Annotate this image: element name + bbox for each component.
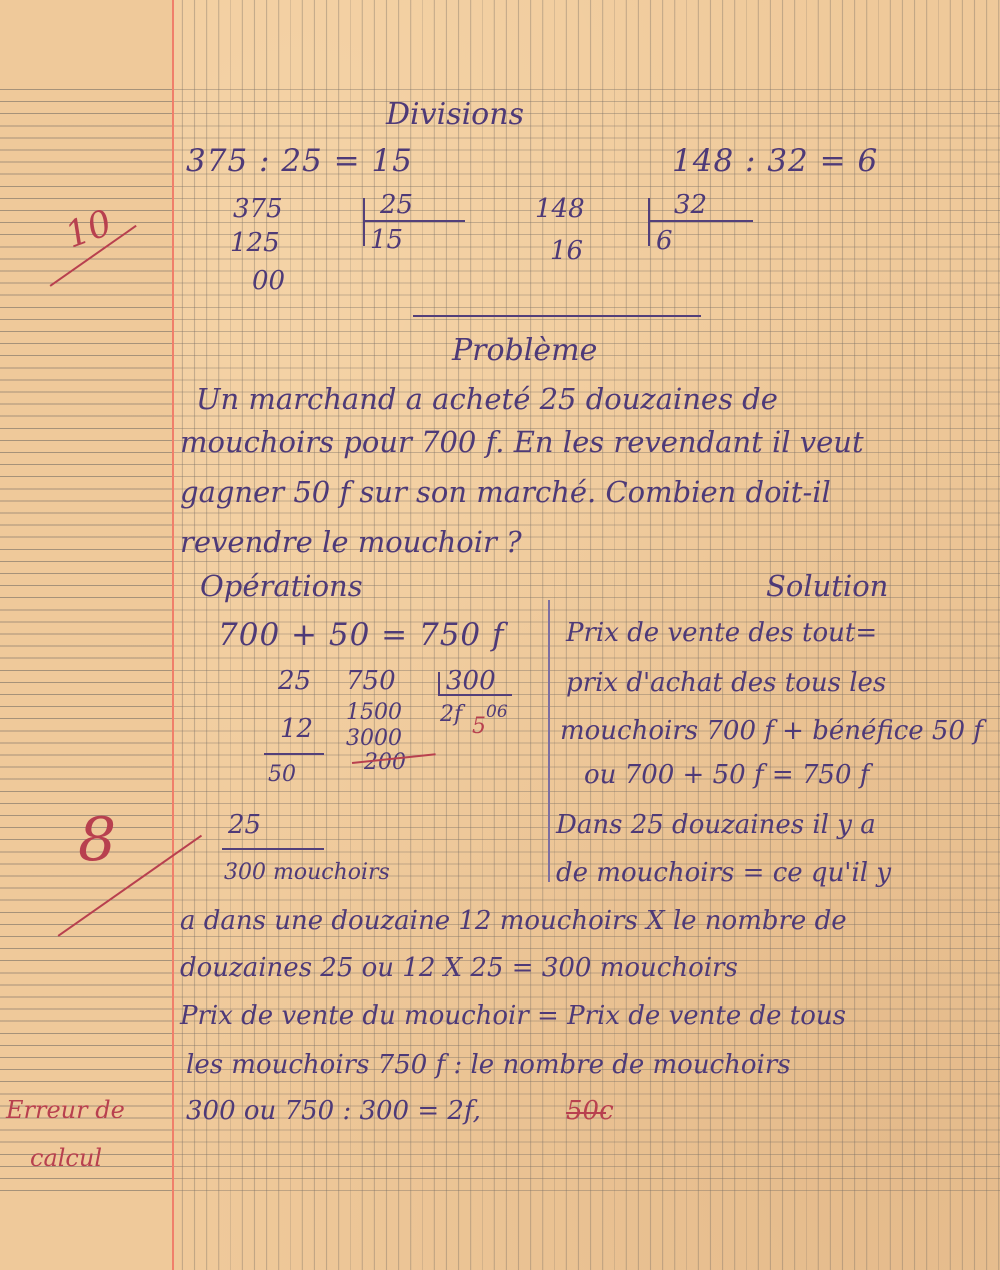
margin-ruled-lines [0,89,172,1197]
column-divider [548,600,550,882]
multiplication-multiplier: 12 [280,716,313,742]
continuation-line-2: douzaines 25 ou 12 X 25 = 300 mouchoirs [180,955,738,981]
divisions-title: Divisions [386,100,524,130]
section-separator [413,315,701,317]
problem-line-1: Un marchand a acheté 25 douzaines de [196,385,778,414]
continuation-line-5: 300 ou 750 : 300 = 2f, [186,1098,481,1124]
problem-line-4: revendre le mouchoir ? [180,528,522,557]
long-division-bracket-vertical [438,672,440,696]
problem-line-3: gagner 50 f sur son marché. Combien doit… [180,478,831,507]
division2-equation: 148 : 32 = 6 [672,146,878,177]
multiplication-result: 300 mouchoirs [224,862,390,884]
red-margin-line [172,0,174,1270]
division1-divisor: 25 [380,192,413,218]
solution-line-6: de mouchoirs = ce qu'il y [556,860,891,886]
continuation-line-4: les mouchoirs 750 f : le nombre de mouch… [186,1052,791,1078]
operations-addition: 700 + 50 = 750 f [218,620,504,651]
grade-problem: 8 [78,810,116,870]
division1-quotient: 15 [370,227,403,253]
multiplication-rule-1 [264,753,324,755]
teacher-comment-line-1: Erreur de [6,1098,125,1122]
solution-line-4: ou 700 + 50 f = 750 f [584,762,869,788]
division1-step1: 125 [230,230,280,256]
division1-step2: 00 [252,268,285,294]
teacher-comment-line-2: calcul [30,1146,102,1170]
long-division-quotient: 2f [440,704,462,726]
long-division-step-2: 3000 [346,728,402,750]
division1-bracket-horizontal [363,220,465,222]
notebook-page: Divisions 375 : 25 = 15 148 : 32 = 6 375… [0,0,1000,1270]
division2-dividend: 148 [535,196,585,222]
long-division-correction: 5 [472,716,486,738]
solution-line-2: prix d'achat des tous les [566,670,886,696]
continuation-line-1: a dans une douzaine 12 mouchoirs X le no… [180,908,847,934]
solution-line-3: mouchoirs 700 f + bénéfice 50 f [560,718,983,744]
long-division-struck-quotient: 06 [486,704,508,721]
division2-step1: 16 [550,238,583,264]
division1-equation: 375 : 25 = 15 [186,146,413,177]
multiplication-partial-2: 25 [228,812,261,838]
long-division-step-3: 200 [364,752,406,774]
long-division-step-1: 1500 [346,702,402,724]
continuation-line-3: Prix de vente du mouchoir = Prix de vent… [180,1003,846,1029]
multiplication-rule-2 [222,848,324,850]
division1-bracket-vertical [363,198,365,246]
problem-line-2: mouchoirs pour 700 f. En les revendant i… [180,428,864,457]
solution-line-1: Prix de vente des tout= [566,620,877,646]
struck-correction: 50c [566,1098,614,1124]
problem-title: Problème [452,336,597,366]
division2-bracket-horizontal [648,220,753,222]
solution-line-5: Dans 25 douzaines il y a [556,812,876,838]
operations-title: Opérations [200,572,363,601]
division2-divisor: 32 [674,192,707,218]
division2-quotient: 6 [656,228,673,254]
solution-title: Solution [766,572,888,601]
long-division-dividend: 750 [346,668,396,694]
multiplication-partial: 50 [268,764,296,786]
division2-bracket-vertical [648,198,650,246]
multiplication-top: 25 [278,668,311,694]
division1-dividend: 375 [233,196,283,222]
long-division-divisor: 300 [446,668,496,694]
struck-correction-line [566,1112,606,1114]
